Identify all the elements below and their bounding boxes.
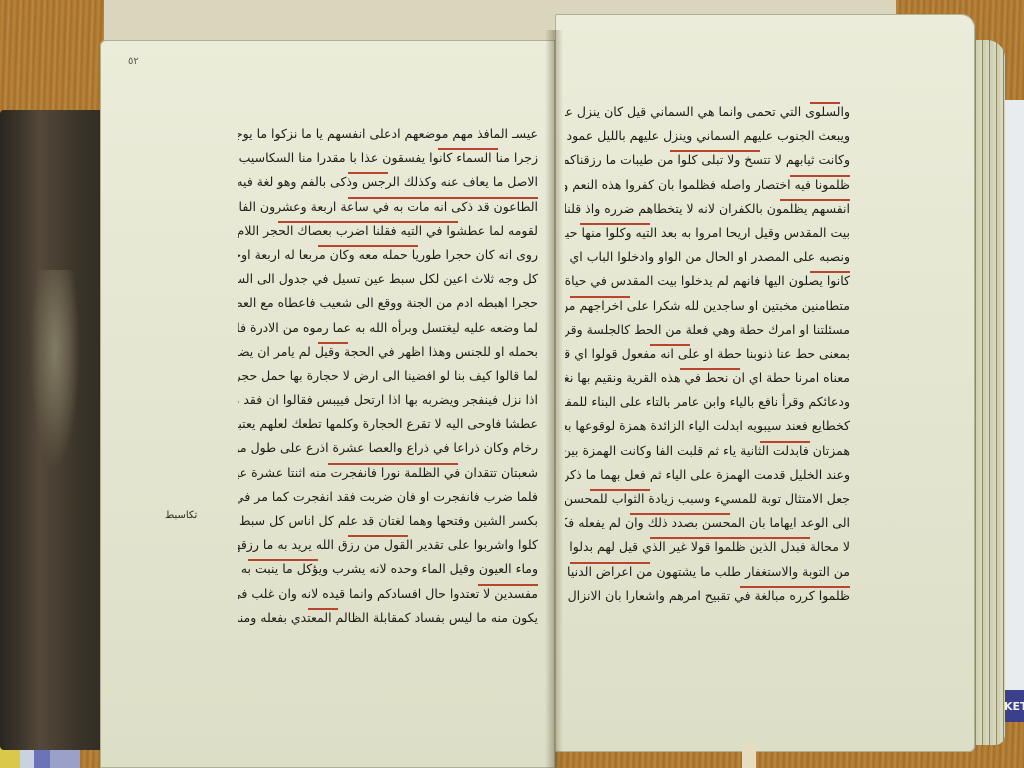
- text-line: رخام وكان ذراعا في ذراع والعصا عشرة اذرع…: [238, 436, 538, 460]
- right-page-text: والسلوى التي تحمى وانما هي السماني قيل ك…: [565, 100, 850, 608]
- text-line: كخطايع فعند سيبويه ابدلت الياء الزائدة ه…: [565, 414, 850, 438]
- text-line: انفسهم يظلمون بالكفران لانه لا يتخطاهم ض…: [565, 197, 850, 221]
- text-line: لقومه لما عطشوا في التيه فقلنا اضرب بعصا…: [238, 219, 538, 243]
- text-line: من التوبة والاستغفار طلب ما يشتهون من اع…: [565, 560, 850, 584]
- leather-cover: [0, 110, 112, 750]
- left-page-text: عيسـ المافذ مهم موضعهم ادعلى انفسهم يا م…: [238, 122, 538, 630]
- folio-number: ٥٢: [128, 56, 139, 67]
- text-line: الطاعون قد ذكى انه مات به في ساعة اربعة …: [238, 195, 538, 219]
- text-line: فلما ضرب فانفجرت او فان ضربت فقد انفجرت …: [238, 485, 538, 509]
- margin-note: تكاسبط: [165, 510, 197, 521]
- manuscript-scene: KET ٥٢ تكاسبط عيسـ المافذ مهم موضعهم ادع…: [0, 0, 1024, 768]
- text-line: زجرا منا السماء كانوا يفسقون عذا با مقدر…: [238, 146, 538, 170]
- gutter: [545, 30, 563, 768]
- text-line: بمعنى حط عنا ذنوبنا حطة او على انه مفعول…: [565, 342, 850, 366]
- text-line: وكانت ثيابهم لا تتسخ ولا تبلى كلوا من طي…: [565, 148, 850, 172]
- text-line: ظلموا كرره مبالغة في تقبيح امرهم واشعارا…: [565, 584, 850, 608]
- text-line: لما قالوا كيف بنا لو افضينا الى ارض لا ح…: [238, 364, 538, 388]
- text-line: متطامنين مخبتين او ساجدين لله شكرا على ا…: [565, 294, 850, 318]
- text-line: شعبتان تتقدان في الظلمة نورا فانفجرت منه…: [238, 461, 538, 485]
- text-line: جعل الامتثال توبة للمسيء وسبب زيادة الثو…: [565, 487, 850, 511]
- text-line: اذا نزل فينفجر ويضربه بها اذا ارتحل فييب…: [238, 388, 538, 412]
- text-line: عيسـ المافذ مهم موضعهم ادعلى انفسهم يا م…: [238, 122, 538, 146]
- text-line: ويبعث الجنوب عليهم السماني وينزل عليهم ب…: [565, 124, 850, 148]
- text-line: كانوا يصلون اليها فانهم لم يدخلوا بيت ال…: [565, 269, 850, 293]
- text-line: همزتان فابدلت الثانية ياء ثم قلبت الفا و…: [565, 439, 850, 463]
- text-line: والسلوى التي تحمى وانما هي السماني قيل ك…: [565, 100, 850, 124]
- text-line: لا محالة فبدل الذين ظلموا قولا غير الذي …: [565, 535, 850, 559]
- text-line: ونصبه على المصدر او الحال من الواو وادخل…: [565, 245, 850, 269]
- text-line: عطشا فاوحى اليه لا تقرع الحجارة وكلمها ت…: [238, 412, 538, 436]
- text-line: ظلمونا فيه اختصار واصله فظلموا بان كفروا…: [565, 173, 850, 197]
- text-line: بيت المقدس وقيل اريحا امروا به بعد التيه…: [565, 221, 850, 245]
- text-line: لما وضعه عليه ليغتسل وبرأه الله به عما ر…: [238, 316, 538, 340]
- text-line: الاصل ما يعاف عنه وكذلك الرجس وذكى بالفم…: [238, 170, 538, 194]
- text-line: بحمله او للجنس وهذا اظهر في الحجة وقيل ل…: [238, 340, 538, 364]
- text-line: بكسر الشين وفتحها وهما لغتان قد علم كل ا…: [238, 509, 538, 533]
- text-line: كلوا واشربوا على تقدير القول من رزق الله…: [238, 533, 538, 557]
- text-line: وماء العيون وقيل الماء وحده لانه يشرب وي…: [238, 557, 538, 581]
- text-line: يكون منه ما ليس بفساد كمقابلة الظالم الم…: [238, 606, 538, 630]
- text-line: مفسدين لا تعتدوا حال افسادكم وانما قيده …: [238, 582, 538, 606]
- text-line: ودعائكم وقرأ نافع بالياء وابن عامر بالتا…: [565, 390, 850, 414]
- book-label-sticker: KET: [1004, 690, 1024, 722]
- text-line: حجرا اهبطه ادم من الجنة ووقع الى شعيب فا…: [238, 291, 538, 315]
- text-line: كل وجه ثلاث اعين لكل سبط عين تسيل في جدو…: [238, 267, 538, 291]
- bookmark-ribbon: [742, 742, 756, 768]
- text-line: مسئلتنا او امرك حطة وهي فعلة من الحط كال…: [565, 318, 850, 342]
- text-line: وعند الخليل قدمت الهمزة على الياء ثم فعل…: [565, 463, 850, 487]
- cover-wear: [30, 270, 80, 470]
- text-line: معناه امرنا حطة اي ان نحط في هذه القرية …: [565, 366, 850, 390]
- text-line: روى انه كان حجرا طوريا حمله معه وكان مرب…: [238, 243, 538, 267]
- text-line: الى الوعد ايهاما بان المحسن بصدد ذلك وان…: [565, 511, 850, 535]
